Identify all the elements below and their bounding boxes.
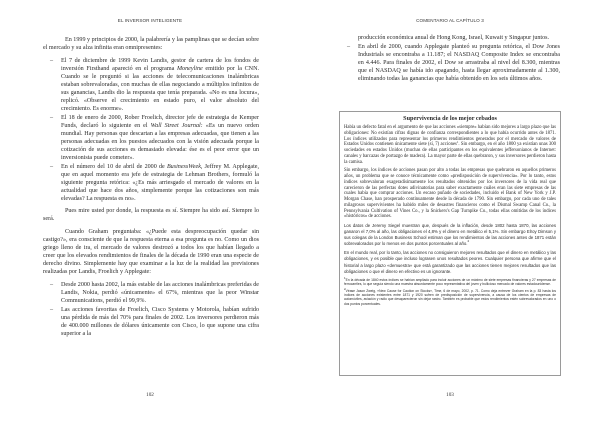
quote-item: El 18 de enero de 2000, Rober Froelich, … (61, 114, 259, 162)
right-page: COMENTARIO AL CAPÍTULO 3 producción econ… (300, 0, 600, 424)
footnote: 1En la década de 1840 estos índices se h… (344, 278, 556, 287)
publication-name: BusinessWeek, (167, 164, 202, 170)
page-body: producción económica anual de Hong Kong,… (340, 34, 560, 87)
quote-item: El 7 de diciembre de 1999 Kevin Landis, … (61, 57, 259, 113)
sidebar-box: Supervivencia de los mejor cebados Había… (339, 111, 561, 376)
footnote-ref: 2 (468, 239, 470, 243)
footnote-text: Véase Jason Zweig, «New Cause for Cautio… (344, 289, 556, 306)
intro-paragraph: En 1999 y principios de 2000, la palabre… (43, 36, 259, 52)
box-title: Supervivencia de los mejor cebados (344, 115, 556, 122)
outcome-item: En abril de 2000, cuando Applegate plant… (358, 43, 560, 83)
running-head: COMENTARIO AL CAPÍTULO 3 (300, 18, 600, 23)
answer-paragraph: Pues mire usted por donde, la respuesta … (43, 207, 259, 223)
text: En el número del 10 de abril de 2000 de (61, 164, 167, 170)
program-name: Moneyline (177, 66, 203, 72)
left-page: EL INVERSOR INTELIGENTE En 1999 y princi… (0, 0, 300, 424)
text: emitido por la CNN. Cuando se le pregunt… (61, 66, 259, 112)
graham-paragraph: Cuando Graham preguntaba: «¿Puede esta d… (43, 228, 259, 276)
quote-item: En el número del 10 de abril de 2000 de … (61, 163, 259, 203)
outcome-item: Desde 2000 hasta 2002, la más estable de… (61, 281, 259, 305)
quotes-list: El 7 de diciembre de 1999 Kevin Landis, … (43, 57, 259, 203)
outcome-item: Las acciones favoritas de Froelich, Cisc… (61, 306, 259, 338)
outcome-item-continued: producción económica anual de Hong Kong,… (358, 34, 560, 42)
footnote: 2Véase Jason Zweig, «New Cause for Cauti… (344, 289, 556, 307)
box-paragraph: Había un defecto fatal en el argumento d… (344, 125, 556, 165)
box-paragraph: En el mundo real, por lo tanto, las acci… (344, 250, 556, 274)
outcomes-list: Desde 2000 hasta 2002, la más estable de… (43, 281, 259, 338)
footnote-text: En la década de 1840 estos índices se ha… (344, 278, 556, 286)
page-body: En 1999 y principios de 2000, la palabre… (43, 36, 259, 342)
page-number: 102 (0, 392, 300, 398)
text: Los datos de Jeremy Siegel muestran que,… (344, 223, 556, 246)
running-head: EL INVERSOR INTELIGENTE (0, 18, 300, 23)
box-paragraph: Sin embargo, los índices de acciones pas… (344, 168, 556, 220)
box-paragraph: Los datos de Jeremy Siegel muestran que,… (344, 223, 556, 247)
publication-name: Wall Street Journal: (151, 123, 203, 129)
page-number: 103 (300, 392, 600, 398)
outcomes-list-continued: producción económica anual de Hong Kong,… (340, 34, 560, 83)
